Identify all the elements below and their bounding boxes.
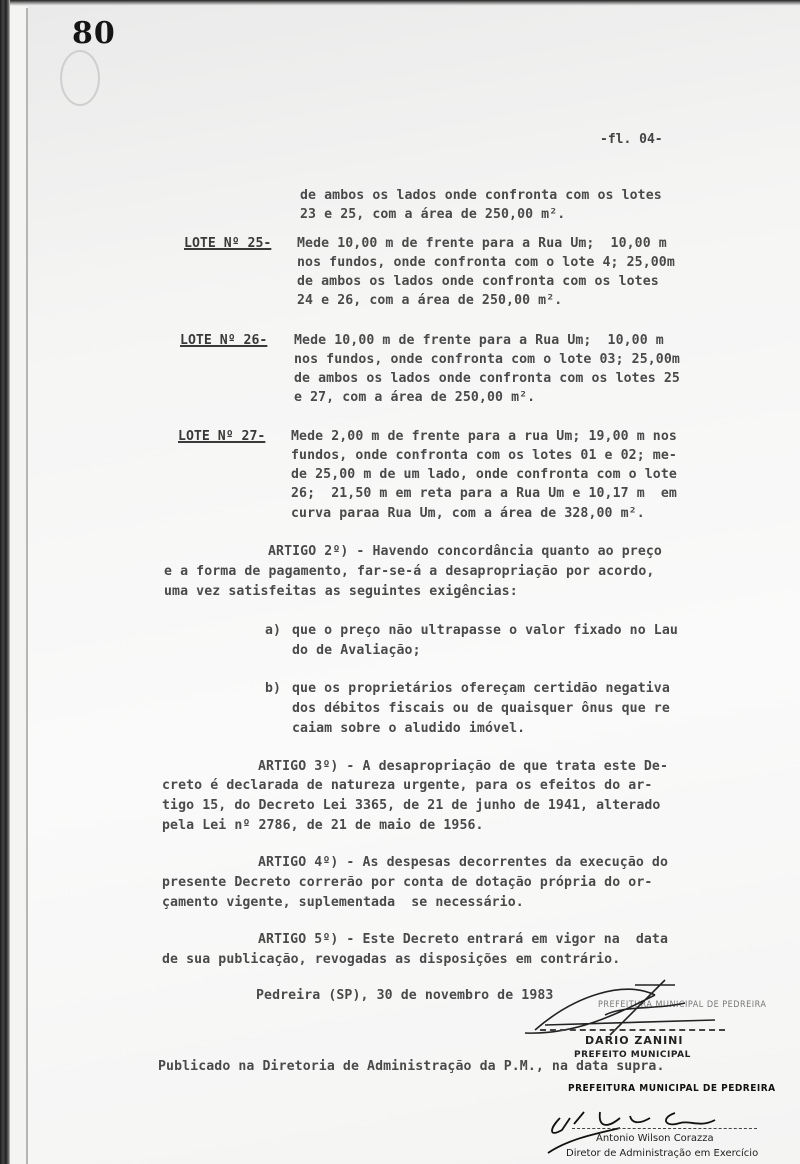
faded-stamp-icon [60,50,100,106]
text-line: ARTIGO 2º) - Havendo concordância quanto… [268,542,662,562]
book-binding-edge [0,0,10,1164]
text-line: tigo 15, do Decreto Lei 3365, de 21 de j… [162,796,660,816]
text-line: pela Lei nº 2786, de 21 de maio de 1956. [162,816,484,836]
text-line: que os proprietários ofereçam certidão n… [292,679,670,699]
text-line: 24 e 26, com a área de 250,00 m². [297,291,562,311]
place-date: Pedreira (SP), 30 de novembro de 1983 [256,986,553,1006]
signer-name: DARIO ZANINI [585,1034,683,1047]
text-line: fundos, onde confronta com os lotes 01 e… [291,446,677,466]
page-number: 80 [72,16,116,51]
text-line: presente Decreto correrão por conta de d… [162,873,652,893]
text-line: nos fundos, onde confronta com o lote 4;… [297,253,675,273]
publication-text: Publicado na Diretoria de Administração … [158,1057,665,1077]
lote-label: LOTE Nº 26- [180,331,267,351]
page-edge-line [26,8,28,1164]
text-line: que o preço não ultrapasse o valor fixad… [292,621,678,641]
item-marker: a) [265,621,281,641]
item-marker: b) [265,679,281,699]
signature-line [572,1128,757,1129]
text-line: caiam sobre o aludido imóvel. [292,719,525,739]
folio-number: -fl. 04- [600,132,663,147]
text-line: 23 e 25, com a área de 250,00 m². [300,205,565,225]
text-line: e a forma de pagamento, far-se-á a desap… [164,562,654,582]
text-line: de sua publicação, revogadas as disposiç… [162,950,620,970]
text-line: Mede 10,00 m de frente para a Rua Um; 10… [297,234,667,254]
lote-label: LOTE Nº 25- [184,234,271,254]
text-line: de ambos os lados onde confronta com os … [297,272,659,292]
text-line: Mede 10,00 m de frente para a Rua Um; 10… [294,331,664,351]
text-line: uma vez satisfeitas as seguintes exigênc… [164,582,518,602]
text-line: ARTIGO 4º) - As despesas decorrentes da … [258,853,668,873]
text-line: e 27, com a área de 250,00 m². [294,388,535,408]
text-line: de ambos os lados onde confronta com os … [294,369,680,389]
text-line: ARTIGO 3º) - A desapropriação de que tra… [258,757,668,777]
text-line: çamento vigente, suplementada se necessá… [162,893,524,913]
text-line: creto é declarada de natureza urgente, p… [162,776,652,796]
text-line: Mede 2,00 m de frente para a rua Um; 19,… [291,427,677,447]
text-line: de ambos os lados onde confronta com os … [300,186,662,206]
text-line: curva paraa Rua Um, com a área de 328,00… [291,504,645,524]
director-name: Antonio Wilson Corazza [596,1133,714,1144]
text-line: dos débitos fiscais ou de quaisquer ônus… [292,699,670,719]
text-line: do de Avaliação; [292,641,421,661]
text-line: 26; 21,50 m em reta para a Rua Um e 10,1… [291,484,677,504]
text-line: ARTIGO 5º) - Este Decreto entrará em vig… [258,930,668,950]
signature-line [540,1029,725,1031]
director-title: Diretor de Administração em Exercício [566,1148,758,1159]
lote-label: LOTE Nº 27- [178,427,265,447]
publication-stamp-text: PREFEITURA MUNICIPAL DE PEDREIRA [568,1083,776,1094]
text-line: de 25,00 m de um lado, onde confronta co… [291,465,677,485]
text-line: nos fundos, onde confronta com o lote 03… [294,350,680,370]
